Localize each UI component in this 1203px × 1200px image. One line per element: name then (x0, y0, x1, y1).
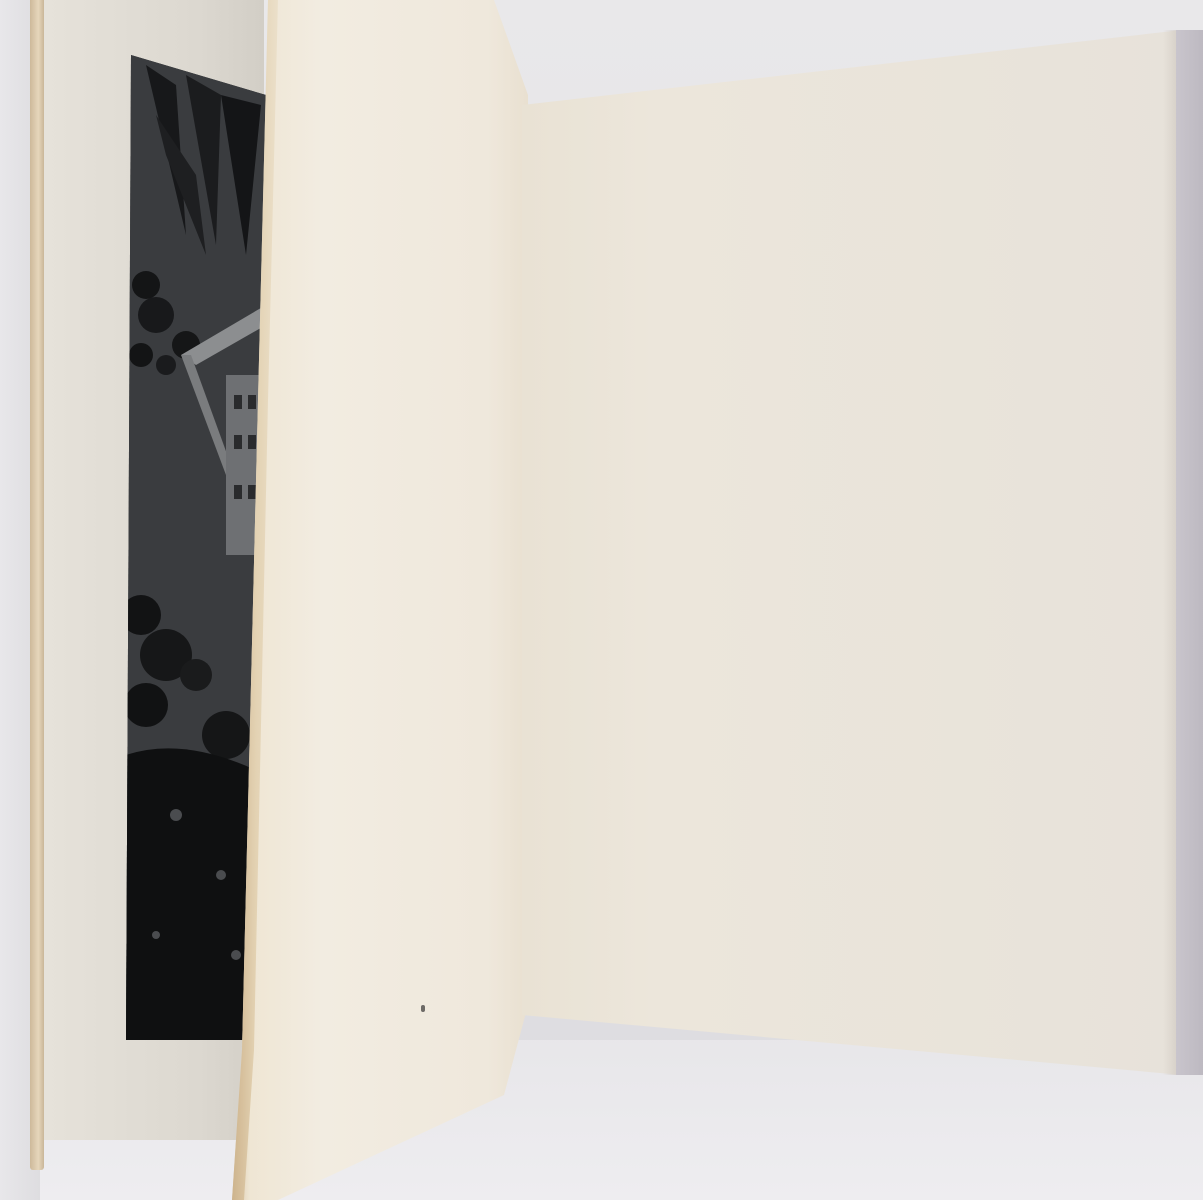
foliage-house-image (126, 55, 266, 1040)
left-cover-edge (30, 0, 44, 1170)
right-background-edge (1176, 30, 1203, 1075)
right-page-shadow (1163, 30, 1177, 1075)
page-speck (421, 1005, 425, 1012)
right-page (522, 30, 1182, 1080)
photo-plate (126, 55, 266, 1040)
book-photo (0, 0, 1203, 1200)
turning-page (232, 0, 532, 1200)
